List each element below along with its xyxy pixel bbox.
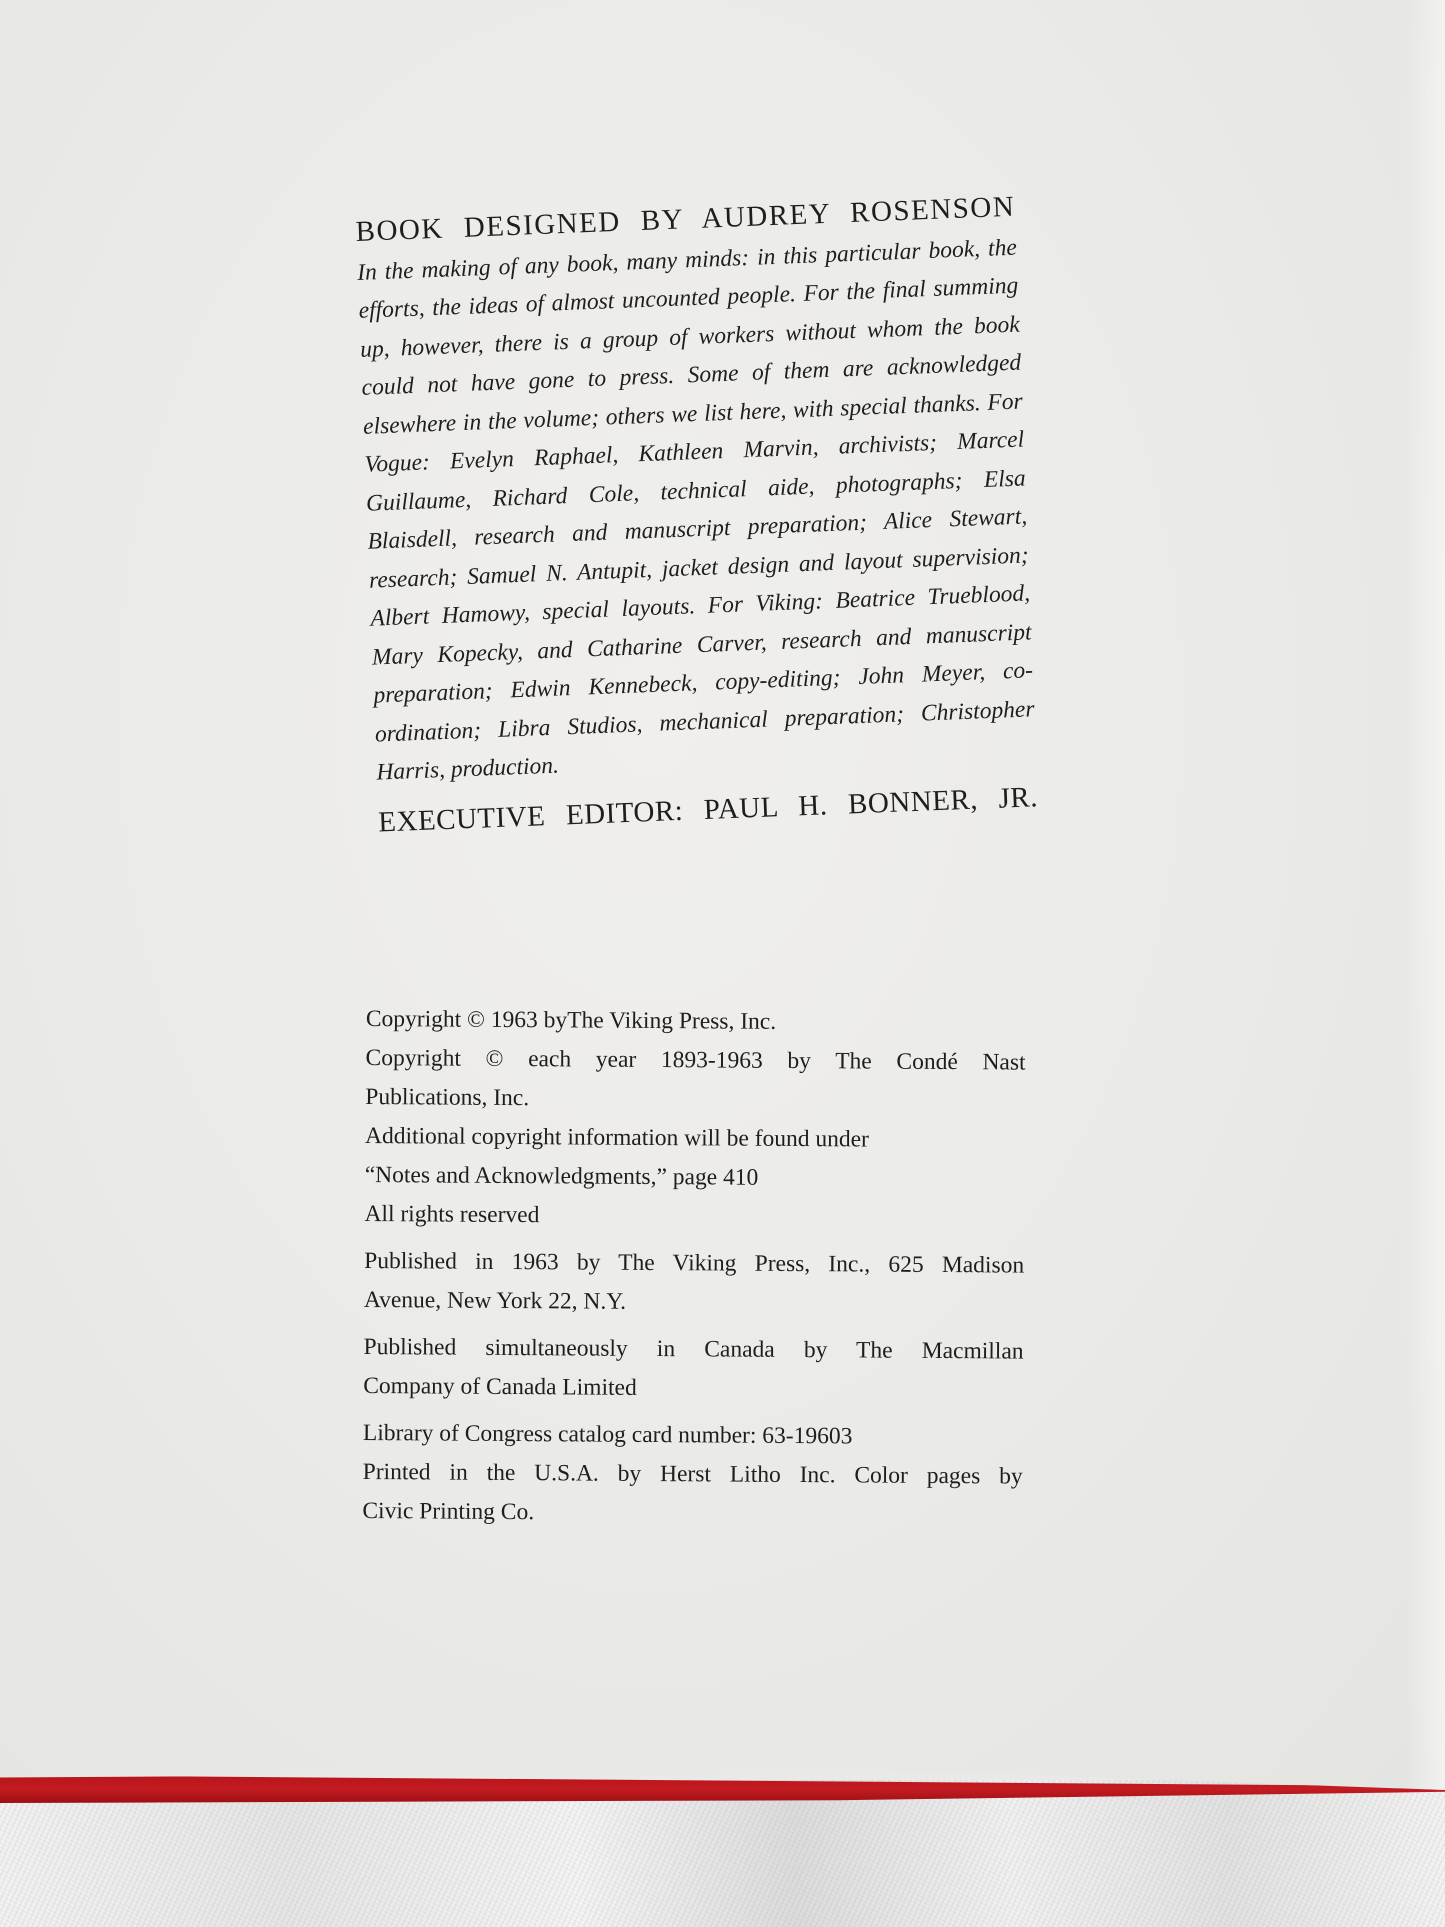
printer-line: Printed in the U.S.A. by Herst Litho Inc… — [363, 1453, 1023, 1497]
credits-block: BOOK DESIGNED BY AUDREY ROSENSON In the … — [355, 190, 1038, 840]
canada-publisher-line: Published simultaneously in Canada by Th… — [363, 1328, 1023, 1372]
catalog-printing-group: Library of Congress catalog card number:… — [362, 1414, 1023, 1536]
publisher-line: Published in 1963 by The Viking Press, I… — [364, 1242, 1024, 1286]
publisher-address-line: Avenue, New York 22, N.Y. — [364, 1281, 1024, 1325]
rights-reserved-line: All rights reserved — [364, 1195, 1024, 1239]
copyright-line: Publications, Inc. — [365, 1078, 1025, 1122]
copyright-notice-group: Copyright © 1963 byThe Viking Press, Inc… — [364, 1000, 1026, 1239]
copyright-line: “Notes and Acknowledgments,” page 410 — [365, 1156, 1025, 1200]
copyright-line: Copyright © each year 1893-1963 by The C… — [365, 1039, 1025, 1083]
page-edge-highlight — [1405, 0, 1445, 1790]
acknowledgments-paragraph: In the making of any book, many minds: i… — [356, 228, 1036, 792]
printer-line: Civic Printing Co. — [362, 1492, 1022, 1536]
canada-publisher-line: Company of Canada Limited — [363, 1367, 1023, 1411]
executive-editor-line: EXECUTIVE EDITOR: PAUL H. BONNER, JR. — [378, 781, 1039, 839]
copyright-line: Additional copyright information will be… — [365, 1117, 1025, 1161]
copyright-line: Copyright © 1963 byThe Viking Press, Inc… — [366, 1000, 1026, 1044]
publisher-group: Published in 1963 by The Viking Press, I… — [364, 1242, 1025, 1325]
copyright-block: Copyright © 1963 byThe Viking Press, Inc… — [362, 1000, 1026, 1544]
book-page: BOOK DESIGNED BY AUDREY ROSENSON In the … — [0, 0, 1445, 1790]
canada-publisher-group: Published simultaneously in Canada by Th… — [363, 1328, 1024, 1411]
catalog-number-line: Library of Congress catalog card number:… — [363, 1414, 1023, 1458]
